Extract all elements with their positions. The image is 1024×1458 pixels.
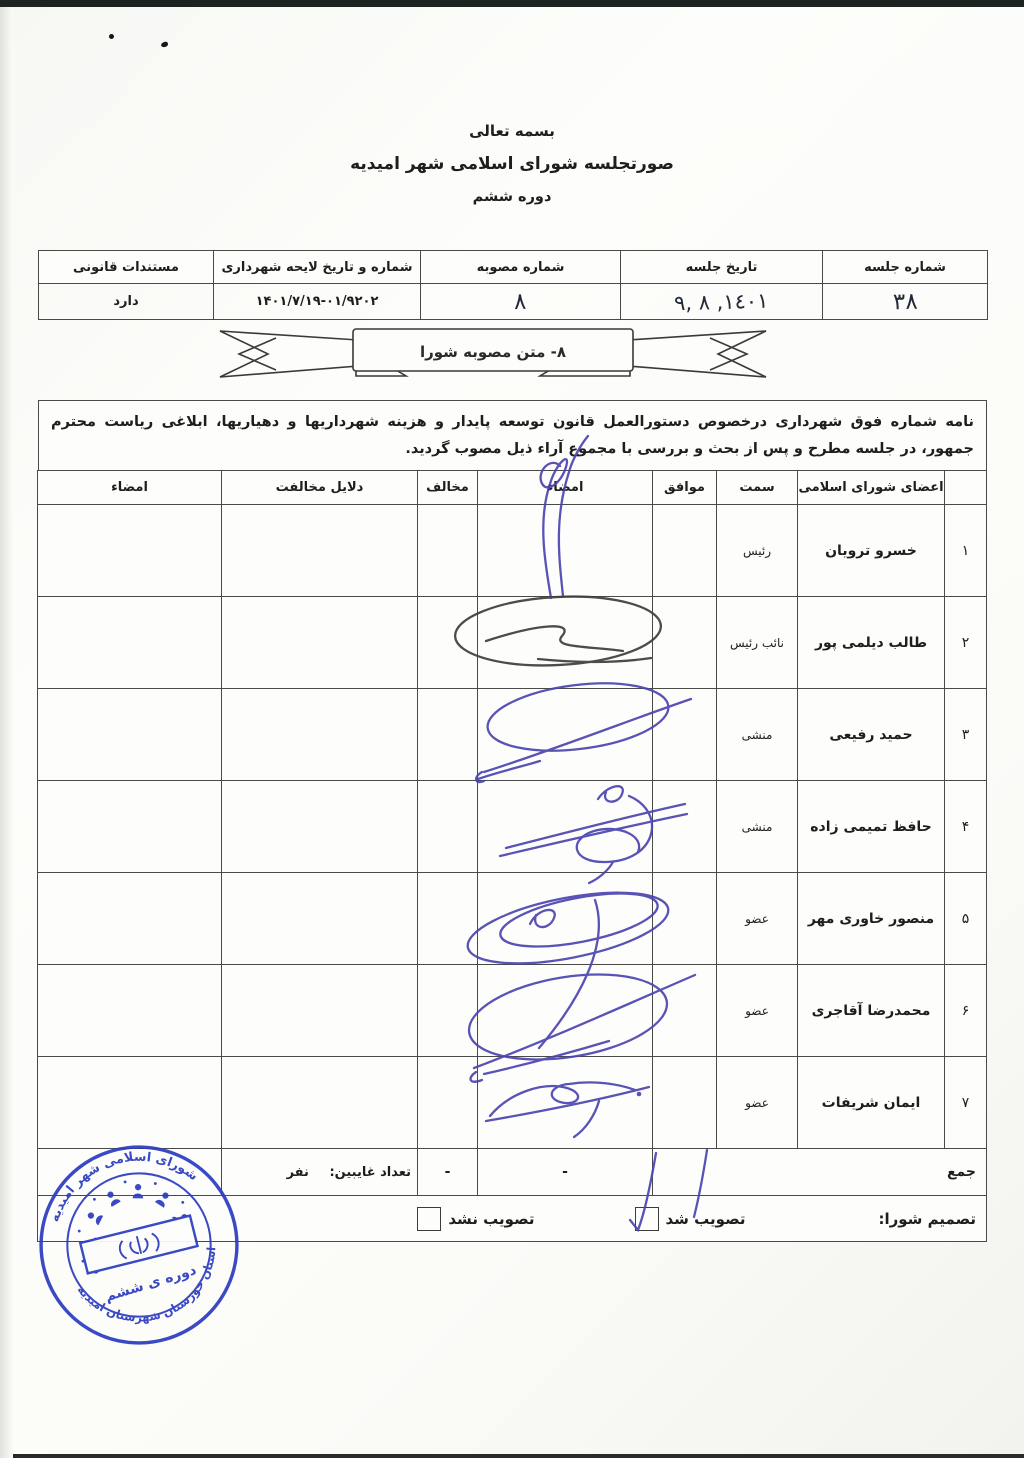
member-row-6: ۶ محمدرضا آقاجری عضو (38, 965, 987, 1057)
member-position: عضو (717, 873, 798, 965)
member-number: ۷ (945, 1057, 987, 1149)
disagree-reason-cell (222, 873, 418, 965)
scanned-council-minutes-page: { "heading": { "bismillah": "بسمه تعالی"… (0, 0, 1024, 1458)
members-header-row: اعضای شورای اسلامی سمت موافق امضاء مخالف… (38, 471, 987, 505)
member-row-5: ۵ منصور خاوری مهر عضو (38, 873, 987, 965)
document-heading: بسمه تعالی صورتجلسه شورای اسلامی شهر امی… (0, 122, 1024, 205)
approved-checkbox (635, 1207, 659, 1231)
member-name: منصور خاوری مهر (798, 873, 945, 965)
agree-cell (653, 965, 717, 1057)
disagree-cell (418, 1057, 478, 1149)
scan-edge-left (0, 7, 13, 1458)
member-position: منشی (717, 689, 798, 781)
disagree-reason-cell (222, 1057, 418, 1149)
agree-cell (653, 873, 717, 965)
total-signature-dash: - (478, 1149, 653, 1196)
info-header-session-no: شماره جلسه (823, 251, 988, 284)
member-name: طالب دیلمی پور (798, 597, 945, 689)
rejected-label: تصویب نشد (448, 1210, 534, 1228)
member-number: ۲ (945, 597, 987, 689)
ribbon-banner: ۸- متن مصوبه شورا (210, 324, 776, 390)
decision-label: تصمیم شورا: (878, 1210, 976, 1228)
members-vote-table: اعضای شورای اسلامی سمت موافق امضاء مخالف… (37, 470, 987, 1242)
signature-cell (478, 965, 653, 1057)
approved-label: تصویب شد (666, 1210, 746, 1228)
member-name: خسرو ترویان (798, 505, 945, 597)
member-number: ۳ (945, 689, 987, 781)
col-header-row-no (945, 471, 987, 505)
disagree-cell (418, 781, 478, 873)
stamp-arc-top-text: شورای اسلامی شهر امیدیه (33, 1138, 203, 1227)
resolution-paragraph: نامه شماره فوق شهرداری درخصوص دستورالعمل… (38, 400, 987, 470)
ink-dot (160, 41, 168, 48)
ink-dot (109, 34, 114, 39)
scan-edge-top (0, 0, 1024, 7)
agree-cell (653, 1057, 717, 1149)
info-value-session-date: ١٤٠١, ٨ ,٩ (621, 284, 823, 320)
member-position: عضو (717, 1057, 798, 1149)
member-position: منشی (717, 781, 798, 873)
col-header-members: اعضای شورای اسلامی (798, 471, 945, 505)
signature2-cell (38, 781, 222, 873)
ribbon-label: ۸- متن مصوبه شورا (420, 343, 566, 361)
col-header-agree: موافق (653, 471, 717, 505)
absent-count-label: تعداد غایبین: (329, 1165, 411, 1180)
col-header-signature: امضاء (478, 471, 653, 505)
disagree-reason-cell (222, 781, 418, 873)
rejected-option: تصویب نشد (417, 1207, 534, 1231)
disagree-cell (418, 689, 478, 781)
absent-count-unit: نفر (287, 1165, 309, 1180)
member-name: حمید رفیعی (798, 689, 945, 781)
disagree-reason-cell (222, 689, 418, 781)
member-number: ۱ (945, 505, 987, 597)
disagree-cell (418, 965, 478, 1057)
member-number: ۵ (945, 873, 987, 965)
member-row-3: ۳ حمید رفیعی منشی (38, 689, 987, 781)
approved-option: تصویب شد (635, 1207, 746, 1231)
agree-cell (653, 597, 717, 689)
signature-cell (478, 597, 653, 689)
disagree-reason-cell (222, 965, 418, 1057)
document-title: صورتجلسه شورای اسلامی شهر امیدیه (0, 154, 1024, 174)
agree-cell (653, 689, 717, 781)
session-info-table: شماره جلسه تاریخ جلسه شماره مصوبه شماره … (38, 250, 988, 320)
svg-text:شورای اسلامی شهر امیدیه: شورای اسلامی شهر امیدیه (33, 1138, 203, 1227)
signature2-cell (38, 1057, 222, 1149)
signature-cell (478, 781, 653, 873)
resolution-body: نامه شماره فوق شهرداری درخصوص دستورالعمل… (38, 400, 987, 1242)
disagree-reason-cell (222, 505, 418, 597)
agree-cell (653, 781, 717, 873)
info-header-session-date: تاریخ جلسه (621, 251, 823, 284)
col-header-signature-2: امضاء (38, 471, 222, 505)
signature-cell (478, 689, 653, 781)
disagree-reason-cell (222, 597, 418, 689)
total-disagree-dash: - (418, 1149, 478, 1196)
info-value-session-no: ٣٨ (823, 284, 988, 320)
info-value-bill-no-date: ۱۴۰۱/۷/۱۹-۰۱/۹۲۰۲ (214, 284, 421, 320)
disagree-cell (418, 505, 478, 597)
member-row-2: ۲ طالب دیلمی پور نائب رئیس (38, 597, 987, 689)
member-name: حافظ تمیمی زاده (798, 781, 945, 873)
total-label: جمع (653, 1149, 987, 1196)
signature-cell (478, 505, 653, 597)
info-value-legal-docs: دارد (39, 284, 214, 320)
member-number: ۶ (945, 965, 987, 1057)
member-row-1: ۱ خسرو ترویان رئیس (38, 505, 987, 597)
info-header-resolution-no: شماره مصوبه (421, 251, 621, 284)
signature-cell (478, 873, 653, 965)
member-position: رئیس (717, 505, 798, 597)
signature2-cell (38, 689, 222, 781)
info-value-resolution-no: ٨ (421, 284, 621, 320)
signature-cell (478, 1057, 653, 1149)
col-header-position: سمت (717, 471, 798, 505)
agree-cell (653, 505, 717, 597)
member-name: ایمان شریفات (798, 1057, 945, 1149)
term-line: دوره ششم (0, 189, 1024, 205)
member-number: ۴ (945, 781, 987, 873)
member-row-4: ۴ حافظ تمیمی زاده منشی (38, 781, 987, 873)
signature2-cell (38, 965, 222, 1057)
member-row-7: ۷ ایمان شریفات عضو (38, 1057, 987, 1149)
signature2-cell (38, 505, 222, 597)
disagree-cell (418, 597, 478, 689)
col-header-disagree-reasons: دلایل مخالفت (222, 471, 418, 505)
info-header-bill-no-date: شماره و تاریخ لایحه شهرداری (214, 251, 421, 284)
member-position: نائب رئیس (717, 597, 798, 689)
signature2-cell (38, 873, 222, 965)
scan-edge-bottom (0, 1454, 1024, 1458)
disagree-cell (418, 873, 478, 965)
member-position: عضو (717, 965, 798, 1057)
council-stamp: شورای اسلامی شهر امیدیه استان خوزستان شه… (32, 1138, 246, 1352)
rejected-checkbox (417, 1207, 441, 1231)
member-name: محمدرضا آقاجری (798, 965, 945, 1057)
col-header-disagree: مخالف (418, 471, 478, 505)
info-header-legal-docs: مستندات قانونی (39, 251, 214, 284)
bismillah-line: بسمه تعالی (0, 122, 1024, 140)
absent-count-cell: تعداد غایبین: نفر (222, 1149, 418, 1196)
signature2-cell (38, 597, 222, 689)
